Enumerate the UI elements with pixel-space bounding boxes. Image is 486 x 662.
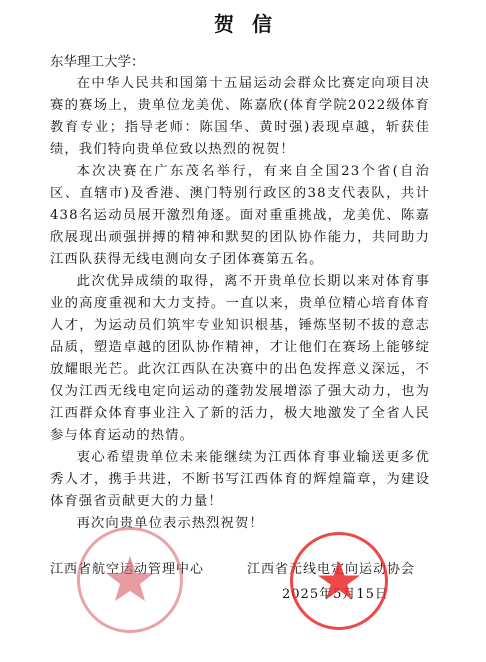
star-icon: [80, 530, 180, 630]
star-icon: [293, 535, 385, 627]
letter-date: 2025年5月15日: [282, 583, 389, 602]
letter-title: 贺信: [0, 8, 486, 37]
paragraph-3: 此次优异成绩的取得，离不开贵单位长期以来对体育事业的高度重视和大力支持。一直以来…: [50, 271, 430, 447]
salutation: 东华理工大学：: [50, 50, 145, 70]
paragraph-5: 再次向贵单位表示热烈祝贺！: [50, 513, 430, 535]
letter-body: 在中华人民共和国第十五届运动会群众比赛定向项目决赛的赛场上，贵单位龙美优、陈嘉欣…: [50, 73, 430, 535]
paragraph-2: 本次决赛在广东茂名举行，有来自全国23个省(自治区、直辖市)及香港、澳门特别行政…: [50, 161, 430, 271]
signature-right: 江西省无线电定向运动协会: [247, 558, 415, 577]
paragraph-4: 衷心希望贵单位未来能继续为江西体育事业输送更多优秀人才，携手共进，不断书写江西体…: [50, 447, 430, 513]
seal-right: [290, 532, 388, 630]
paragraph-1: 在中华人民共和国第十五届运动会群众比赛定向项目决赛的赛场上，贵单位龙美优、陈嘉欣…: [50, 73, 430, 161]
seal-left: [77, 527, 183, 633]
signature-left: 江西省航空运动管理中心: [50, 558, 204, 577]
